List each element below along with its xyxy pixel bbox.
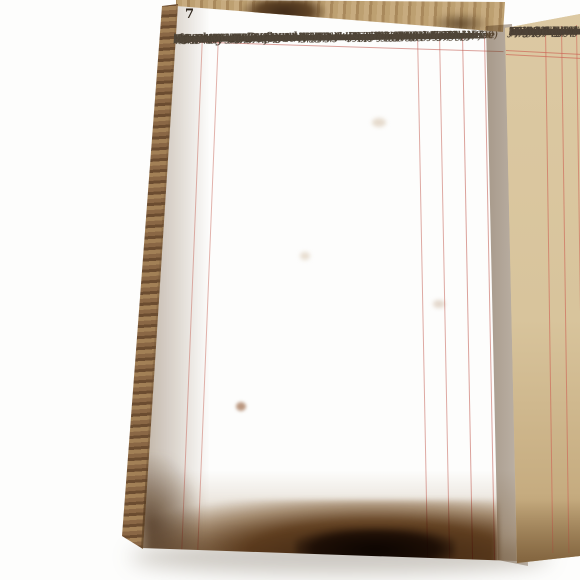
red-header-rule: [506, 54, 580, 59]
right-page-handwriting: The offence to mevery ingredienthe man k…: [509, 25, 580, 26]
fox-spot: [300, 252, 310, 260]
fox-spot: [372, 118, 386, 127]
photo-of-open-ledger: 7 An infant under fourteen is by law pre…: [0, 0, 580, 580]
page-number: 7: [185, 8, 194, 22]
red-column-rule: [561, 26, 569, 553]
ink-spot: [236, 402, 246, 411]
red-column-rule: [545, 28, 553, 553]
red-column-rule: [576, 25, 580, 554]
left-page-handwriting: An infant under fourteen is by law presu…: [170, 29, 504, 33]
manuscript-line: be given: [509, 26, 554, 40]
fox-spot: [433, 300, 445, 308]
manuscript-line: and show extenuating circumstances which…: [170, 30, 454, 48]
